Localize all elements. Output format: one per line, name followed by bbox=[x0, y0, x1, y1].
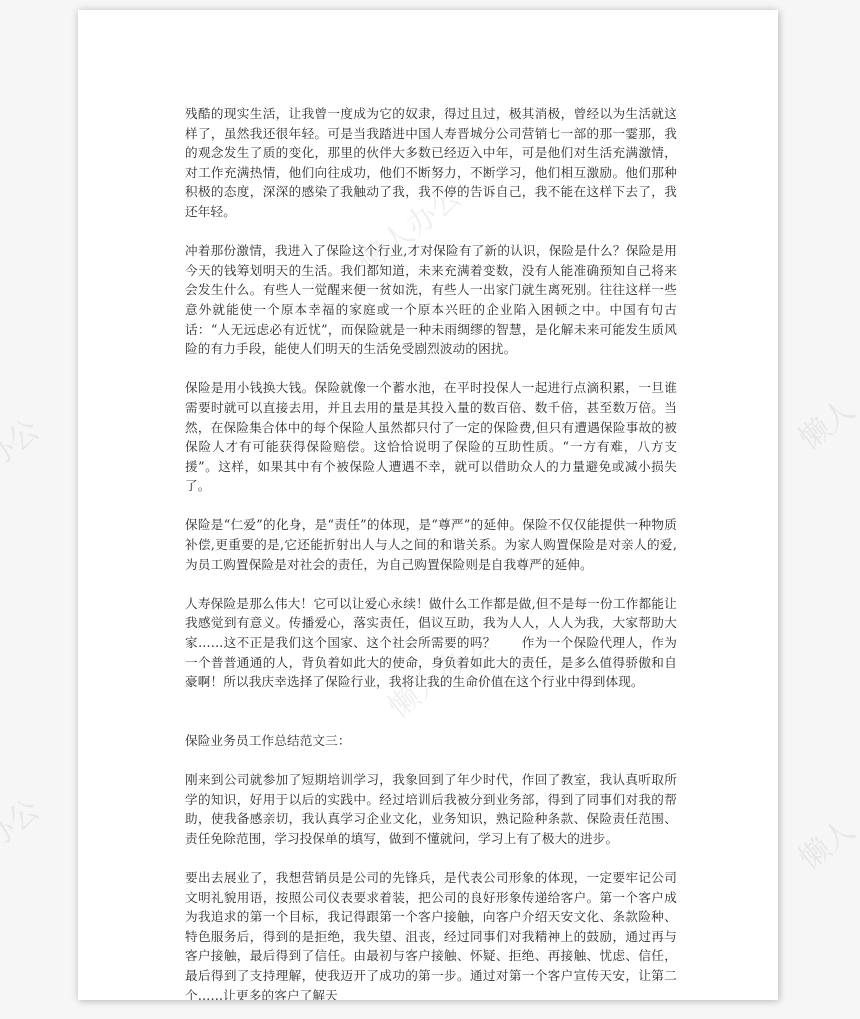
section-heading: 保险业务员工作总结范文三： bbox=[185, 731, 677, 751]
section-paragraph-2: 要出去展业了，我想营销员是公司的先锋兵，是代表公司形象的体现，一定要牢记公司文明… bbox=[185, 868, 677, 1000]
watermark-left-lower: 办公 bbox=[0, 786, 47, 858]
section-paragraph-1: 刚来到公司就参加了短期培训学习，我象回到了年少时代，作回了教室，我认真听取所学的… bbox=[185, 770, 677, 848]
paragraph-3: 保险是用小钱换大钱。保险就像一个蓄水池，在平时投保人一起进行点滴积累，一旦谁需要… bbox=[185, 378, 677, 496]
document-body: 残酷的现实生活，让我曾一度成为它的奴隶，得过且过，极其消极，曾经以为生活就这样了… bbox=[185, 104, 677, 1000]
paragraph-1: 残酷的现实生活，让我曾一度成为它的奴隶，得过且过，极其消极，曾经以为生活就这样了… bbox=[185, 104, 677, 222]
watermark-right-lower: 懒人 bbox=[788, 806, 860, 878]
watermark-left-upper: 办公 bbox=[0, 406, 47, 478]
paragraph-4: 保险是“仁爱”的化身，是“责任”的体现，是“尊严”的延伸。保险不仅仅能提供一种物… bbox=[185, 515, 677, 574]
watermark-right-upper: 懒人 bbox=[788, 386, 860, 458]
paragraph-2: 冲着那份激情，我进入了保险这个行业,才对保险有了新的认识，保险是什么？保险是用今… bbox=[185, 241, 677, 359]
paragraph-5: 人寿保险是那么伟大！它可以让爱心永续！做什么工作都是做,但不是每一份工作都能让我… bbox=[185, 594, 677, 692]
document-page: 懒人办公 懒人办公 残酷的现实生活，让我曾一度成为它的奴隶，得过且过，极其消极，… bbox=[78, 10, 778, 1000]
document-viewer: 办公 办公 懒人 懒人 懒人办公 懒人办公 残酷的现实生活，让我曾一度成为它的奴… bbox=[0, 0, 860, 1019]
